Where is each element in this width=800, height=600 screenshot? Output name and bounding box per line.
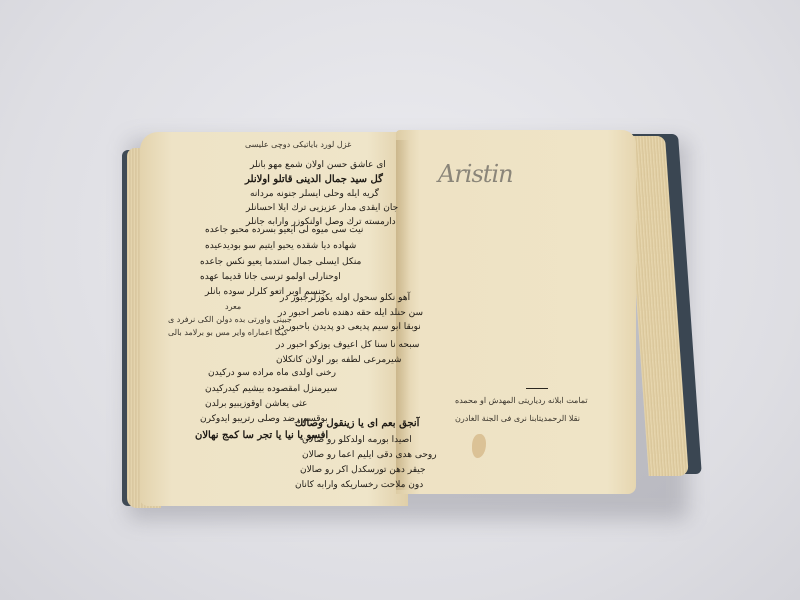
verse-line: گریه ایله وحلی ایسلر جنونه مردانه — [250, 189, 379, 199]
verse-line: رخنی اولدی ماه مراده سو درکیدن — [208, 368, 336, 378]
left-page-heading: غزل لورد بایاتیکی دوچی علیسی — [245, 140, 351, 149]
verse-line: جان ایقدی مدار عزیزیی ترك ایلا احسانلر — [246, 203, 398, 213]
verse-line: منکل ایسلی جمال استدما یعیو نکس جاعده — [200, 257, 361, 267]
colophon-line: نقلا الرحمدیتابنا نری فی الجنة الغادرن — [455, 414, 580, 423]
verse-line: روحی هدی دقی ایلیم اعما رو صالان — [302, 450, 437, 460]
verse-line: سبحه نا سنا کل اعیوف یوزکو احبور در — [276, 340, 419, 350]
verse-line: ای عاشق حسن اولان شمع مهو بانلر — [250, 160, 386, 170]
side-verse-line: کیکا اعماراه وایر مس بو برلامد بالی — [168, 328, 288, 337]
verse-line: آنجق بعم ای یا زینقول وصالك — [295, 418, 419, 429]
verse-line: شیرمرعی لطفه بور اولان کانکلان — [276, 355, 401, 365]
verse-line: نیت سی میوه لی ایعیو بسرده محبو جاعده — [205, 225, 363, 235]
verse-line: گل سید جمال الدینی قاتلو اولانلر — [245, 174, 383, 185]
verse-line: سن حنلد ایله حقه دهنده ناصر احبور در — [278, 308, 423, 318]
pencil-signature: Aristin — [438, 160, 513, 188]
verse-line: دون ملاحت رخساریکه وارابه کانان — [295, 480, 423, 490]
colophon-line: تمامت ابلانه ردیاریتی المهدش او محمده — [455, 396, 588, 405]
verse-line: شهاده دیا شقده یحیو ایتیم سو بودیدعیده — [205, 241, 356, 251]
side-note-label: معرد — [225, 302, 241, 311]
verse-line: آهو نکلو سحول اوله یکوزلرجبور در — [280, 293, 410, 303]
verse-line: جیقر دهن تورسکدل اکر رو صالان — [300, 465, 426, 475]
verse-line: نوبقا ابو سیم پدیعی دو پدیدن باحبور در — [276, 322, 421, 332]
right-page — [396, 130, 636, 494]
verse-line: اصیدا بورمه اولدکلو رو صالان — [302, 435, 412, 445]
verse-line: عثی یعاشن اوقوزیبیو برلدن — [205, 399, 307, 409]
side-verse-line: جبینی واورتی بده دولن الکی نرفرد ی — [168, 315, 292, 324]
verse-line: سیرمنزل امقصوده بیشیم کیدرکیدن — [205, 384, 337, 394]
footer-rule — [526, 388, 548, 389]
verse-line: اوحنارلی اولمو ترسی جانا قدیما عهده — [200, 272, 341, 282]
